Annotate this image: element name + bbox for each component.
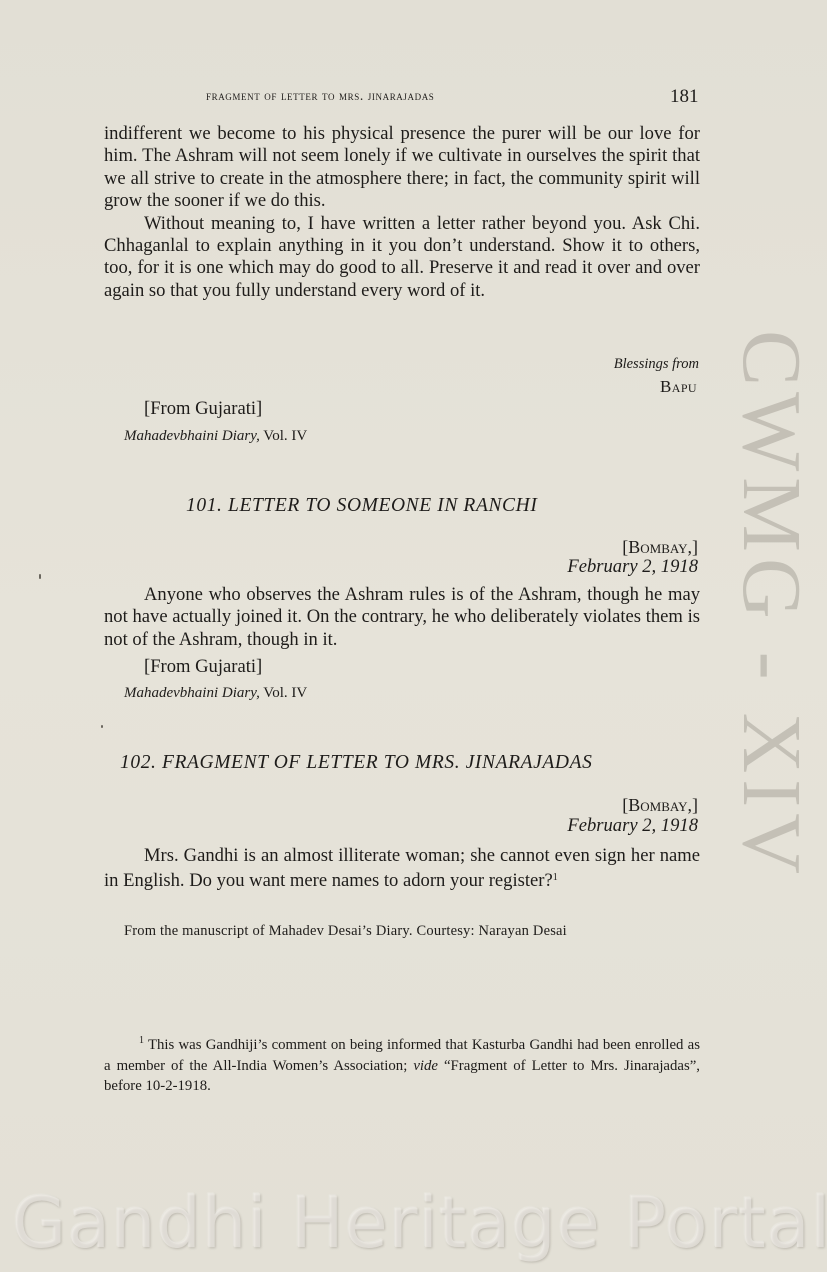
letter-place: [Bombay,] — [500, 795, 698, 816]
continued-letter: indifferent we become to his physical pr… — [104, 123, 700, 302]
closing: Blessings from — [500, 356, 699, 373]
letter-place: [Bombay,] — [500, 537, 698, 558]
letter-body-102: Mrs. Gandhi is an almost illiterate woma… — [104, 845, 700, 893]
document-page: FRAGMENT OF LETTER TO MRS. JINARAJADAS 1… — [0, 0, 827, 1272]
footnote: 1 This was Gandhiji’s comment on being i… — [104, 1031, 700, 1097]
source-note: [From Gujarati] — [144, 398, 262, 420]
paragraph: Without meaning to, I have written a let… — [104, 213, 700, 303]
source-note: [From Gujarati] — [144, 656, 262, 678]
letter-date: February 2, 1918 — [500, 556, 698, 578]
manuscript-source: From the manuscript of Mahadev Desai’s D… — [124, 923, 567, 940]
signature: Bapu — [500, 377, 697, 397]
letter-date: February 2, 1918 — [500, 815, 698, 837]
letter-heading-102: 102. FRAGMENT OF LETTER TO MRS. JINARAJA… — [120, 752, 592, 774]
citation: Mahadevbhaini Diary, Vol. IV — [124, 428, 307, 445]
page-number: 181 — [670, 86, 699, 108]
letter-body-101: Anyone who observes the Ashram rules is … — [104, 584, 700, 651]
letter-heading-101: 101. LETTER TO SOMEONE IN RANCHI — [186, 495, 537, 517]
paragraph: indifferent we become to his physical pr… — [104, 123, 700, 213]
scan-speck — [101, 725, 103, 728]
scan-speck — [39, 574, 41, 579]
citation: Mahadevbhaini Diary, Vol. IV — [124, 685, 307, 702]
running-head-title: FRAGMENT OF LETTER TO MRS. JINARAJADAS — [206, 88, 434, 104]
watermark-vertical: CWMG - XIV — [700, 330, 820, 950]
footnote-marker[interactable]: 1 — [553, 872, 558, 883]
watermark-portal: Gandhi Heritage Portal — [12, 1182, 822, 1264]
